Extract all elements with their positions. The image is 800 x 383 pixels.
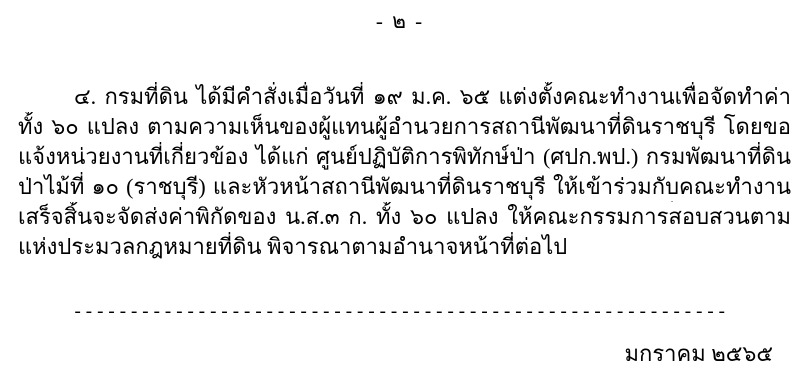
paragraph-line-3: แจ้งหน่วยงานที่เกี่ยวข้อง ได้แก่ ศูนย์ปฏ… bbox=[18, 142, 791, 172]
dashed-separator: ----------------------------------------… bbox=[0, 306, 800, 320]
page-number: - ๒ - bbox=[0, 0, 800, 34]
paragraph-line-4: ป่าไม้ที่ ๑๐ (ราชบุรี) และหัวหน้าสถานีพั… bbox=[18, 172, 791, 202]
paragraph-line-2: ทั้ง ๖๐ แปลง ตามความเห็นของผู้แทนผู้อำนว… bbox=[18, 112, 791, 142]
paragraph-line-6: แห่งประมวลกฎหมายที่ดิน พิจารณาตามอำนาจหน… bbox=[18, 232, 791, 262]
paragraph-line-5: เสร็จสิ้นจะจัดส่งค่าพิกัดของ น.ส.๓ ก. ทั… bbox=[18, 202, 791, 232]
footer-date: มกราคม ๒๕๖๕ bbox=[0, 340, 773, 368]
document-page: - ๒ - ๔. กรมที่ดิน ได้มีคำสั่งเมื่อวันที… bbox=[0, 0, 800, 383]
body-paragraph: ๔. กรมที่ดิน ได้มีคำสั่งเมื่อวันที่ ๑๙ ม… bbox=[18, 82, 791, 262]
paragraph-line-1: ๔. กรมที่ดิน ได้มีคำสั่งเมื่อวันที่ ๑๙ ม… bbox=[18, 82, 791, 112]
